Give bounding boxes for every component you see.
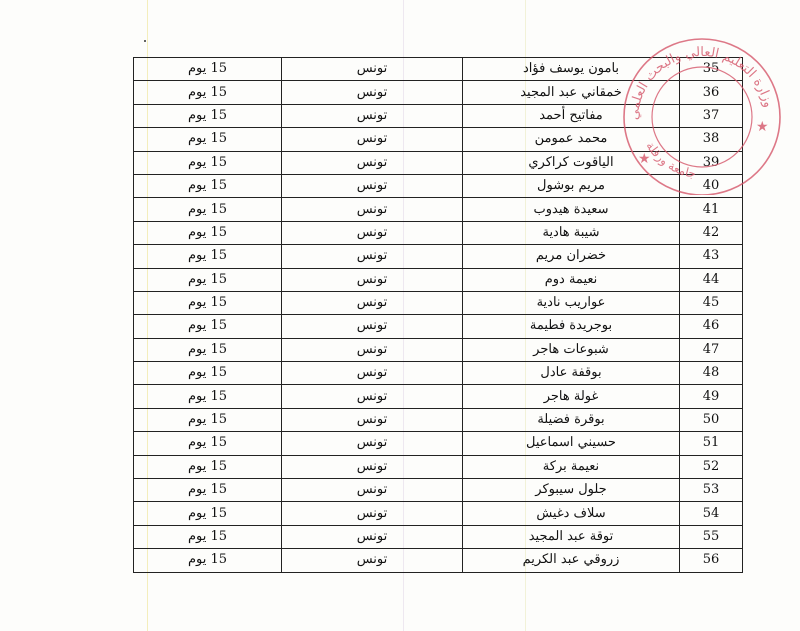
table-row: 46بوجريدة فطيمةتونس15 يوم <box>134 315 743 338</box>
cell-number: 38 <box>680 128 743 151</box>
cell-country: تونس <box>282 174 463 197</box>
cell-name: حسيني اسماعيل <box>463 432 680 455</box>
cell-number: 56 <box>680 549 743 572</box>
table-row: 49غولة هاجرتونس15 يوم <box>134 385 743 408</box>
cell-country: تونس <box>282 81 463 104</box>
cell-name: محمد عمومن <box>463 128 680 151</box>
cell-country: تونس <box>282 315 463 338</box>
cell-number: 42 <box>680 221 743 244</box>
cell-number: 50 <box>680 408 743 431</box>
cell-name: خمقاني عبد المجيد <box>463 81 680 104</box>
cell-name: مريم بوشول <box>463 174 680 197</box>
cell-duration: 15 يوم <box>134 245 282 268</box>
table-row: 47شبوعات هاجرتونس15 يوم <box>134 338 743 361</box>
table-row: 44نعيمة دومتونس15 يوم <box>134 268 743 291</box>
cell-country: تونس <box>282 432 463 455</box>
cell-name: شبوعات هاجر <box>463 338 680 361</box>
cell-duration: 15 يوم <box>134 151 282 174</box>
cell-country: تونس <box>282 362 463 385</box>
cell-name: زروقي عبد الكريم <box>463 549 680 572</box>
cell-number: 48 <box>680 362 743 385</box>
cell-country: تونس <box>282 502 463 525</box>
cell-duration: 15 يوم <box>134 128 282 151</box>
cell-number: 39 <box>680 151 743 174</box>
cell-duration: 15 يوم <box>134 81 282 104</box>
cell-number: 47 <box>680 338 743 361</box>
cell-name: شيبة هادية <box>463 221 680 244</box>
participants-table: 35بامون يوسف فؤادتونس15 يوم36خمقاني عبد … <box>133 57 743 573</box>
cell-name: الياقوت كراكري <box>463 151 680 174</box>
cell-duration: 15 يوم <box>134 58 282 81</box>
cell-number: 40 <box>680 174 743 197</box>
table-row: 56زروقي عبد الكريمتونس15 يوم <box>134 549 743 572</box>
table-row: 50بوقرة فضيلةتونس15 يوم <box>134 408 743 431</box>
table-row: 54سلاف دغيشتونس15 يوم <box>134 502 743 525</box>
table-row: 35بامون يوسف فؤادتونس15 يوم <box>134 58 743 81</box>
cell-number: 52 <box>680 455 743 478</box>
cell-number: 44 <box>680 268 743 291</box>
cell-name: سلاف دغيش <box>463 502 680 525</box>
table-row: 51حسيني اسماعيلتونس15 يوم <box>134 432 743 455</box>
cell-number: 37 <box>680 104 743 127</box>
cell-number: 55 <box>680 525 743 548</box>
table-row: 48بوقفة عادلتونس15 يوم <box>134 362 743 385</box>
cell-country: تونس <box>282 408 463 431</box>
cell-number: 46 <box>680 315 743 338</box>
cell-country: تونس <box>282 151 463 174</box>
table-row: 38محمد عمومنتونس15 يوم <box>134 128 743 151</box>
cell-country: تونس <box>282 385 463 408</box>
cell-name: بوقفة عادل <box>463 362 680 385</box>
stamp-star-icon: ★ <box>756 119 769 135</box>
table-row: 52نعيمة بركةتونس15 يوم <box>134 455 743 478</box>
cell-name: بامون يوسف فؤاد <box>463 58 680 81</box>
cell-country: تونس <box>282 455 463 478</box>
table-row: 39الياقوت كراكريتونس15 يوم <box>134 151 743 174</box>
cell-duration: 15 يوم <box>134 385 282 408</box>
cell-country: تونس <box>282 245 463 268</box>
cell-duration: 15 يوم <box>134 549 282 572</box>
cell-country: تونس <box>282 221 463 244</box>
cell-country: تونس <box>282 58 463 81</box>
cell-duration: 15 يوم <box>134 198 282 221</box>
cell-name: بوجريدة فطيمة <box>463 315 680 338</box>
cell-number: 35 <box>680 58 743 81</box>
cell-duration: 15 يوم <box>134 338 282 361</box>
cell-duration: 15 يوم <box>134 104 282 127</box>
cell-duration: 15 يوم <box>134 174 282 197</box>
cell-country: تونس <box>282 128 463 151</box>
cell-number: 41 <box>680 198 743 221</box>
table-row: 40مريم بوشولتونس15 يوم <box>134 174 743 197</box>
cell-name: توقة عبد المجيد <box>463 525 680 548</box>
cell-name: نعيمة بركة <box>463 455 680 478</box>
cell-number: 45 <box>680 291 743 314</box>
cell-number: 49 <box>680 385 743 408</box>
cell-number: 51 <box>680 432 743 455</box>
cell-name: خضران مريم <box>463 245 680 268</box>
cell-duration: 15 يوم <box>134 525 282 548</box>
cell-country: تونس <box>282 268 463 291</box>
table-row: 36خمقاني عبد المجيدتونس15 يوم <box>134 81 743 104</box>
cell-duration: 15 يوم <box>134 455 282 478</box>
cell-duration: 15 يوم <box>134 221 282 244</box>
cell-name: عواريب نادية <box>463 291 680 314</box>
table-row: 53جلول سيبوكرتونس15 يوم <box>134 479 743 502</box>
table-row: 37مفاتيح أحمدتونس15 يوم <box>134 104 743 127</box>
cell-country: تونس <box>282 525 463 548</box>
table-row: 45عواريب ناديةتونس15 يوم <box>134 291 743 314</box>
table-row: 41سعيدة هيدوبتونس15 يوم <box>134 198 743 221</box>
cell-duration: 15 يوم <box>134 502 282 525</box>
cell-number: 43 <box>680 245 743 268</box>
table-row: 42شيبة هاديةتونس15 يوم <box>134 221 743 244</box>
cell-duration: 15 يوم <box>134 268 282 291</box>
cell-name: سعيدة هيدوب <box>463 198 680 221</box>
cell-country: تونس <box>282 198 463 221</box>
cell-number: 53 <box>680 479 743 502</box>
cell-name: نعيمة دوم <box>463 268 680 291</box>
cell-country: تونس <box>282 338 463 361</box>
cell-name: مفاتيح أحمد <box>463 104 680 127</box>
cell-name: بوقرة فضيلة <box>463 408 680 431</box>
cell-duration: 15 يوم <box>134 408 282 431</box>
cell-number: 54 <box>680 502 743 525</box>
table-row: 55توقة عبد المجيدتونس15 يوم <box>134 525 743 548</box>
cell-country: تونس <box>282 549 463 572</box>
cell-duration: 15 يوم <box>134 362 282 385</box>
cell-duration: 15 يوم <box>134 291 282 314</box>
cell-name: جلول سيبوكر <box>463 479 680 502</box>
cell-country: تونس <box>282 104 463 127</box>
cell-name: غولة هاجر <box>463 385 680 408</box>
cell-country: تونس <box>282 479 463 502</box>
cell-duration: 15 يوم <box>134 479 282 502</box>
cell-duration: 15 يوم <box>134 432 282 455</box>
cell-duration: 15 يوم <box>134 315 282 338</box>
cell-number: 36 <box>680 81 743 104</box>
scan-dot <box>144 40 146 42</box>
cell-country: تونس <box>282 291 463 314</box>
table-row: 43خضران مريمتونس15 يوم <box>134 245 743 268</box>
